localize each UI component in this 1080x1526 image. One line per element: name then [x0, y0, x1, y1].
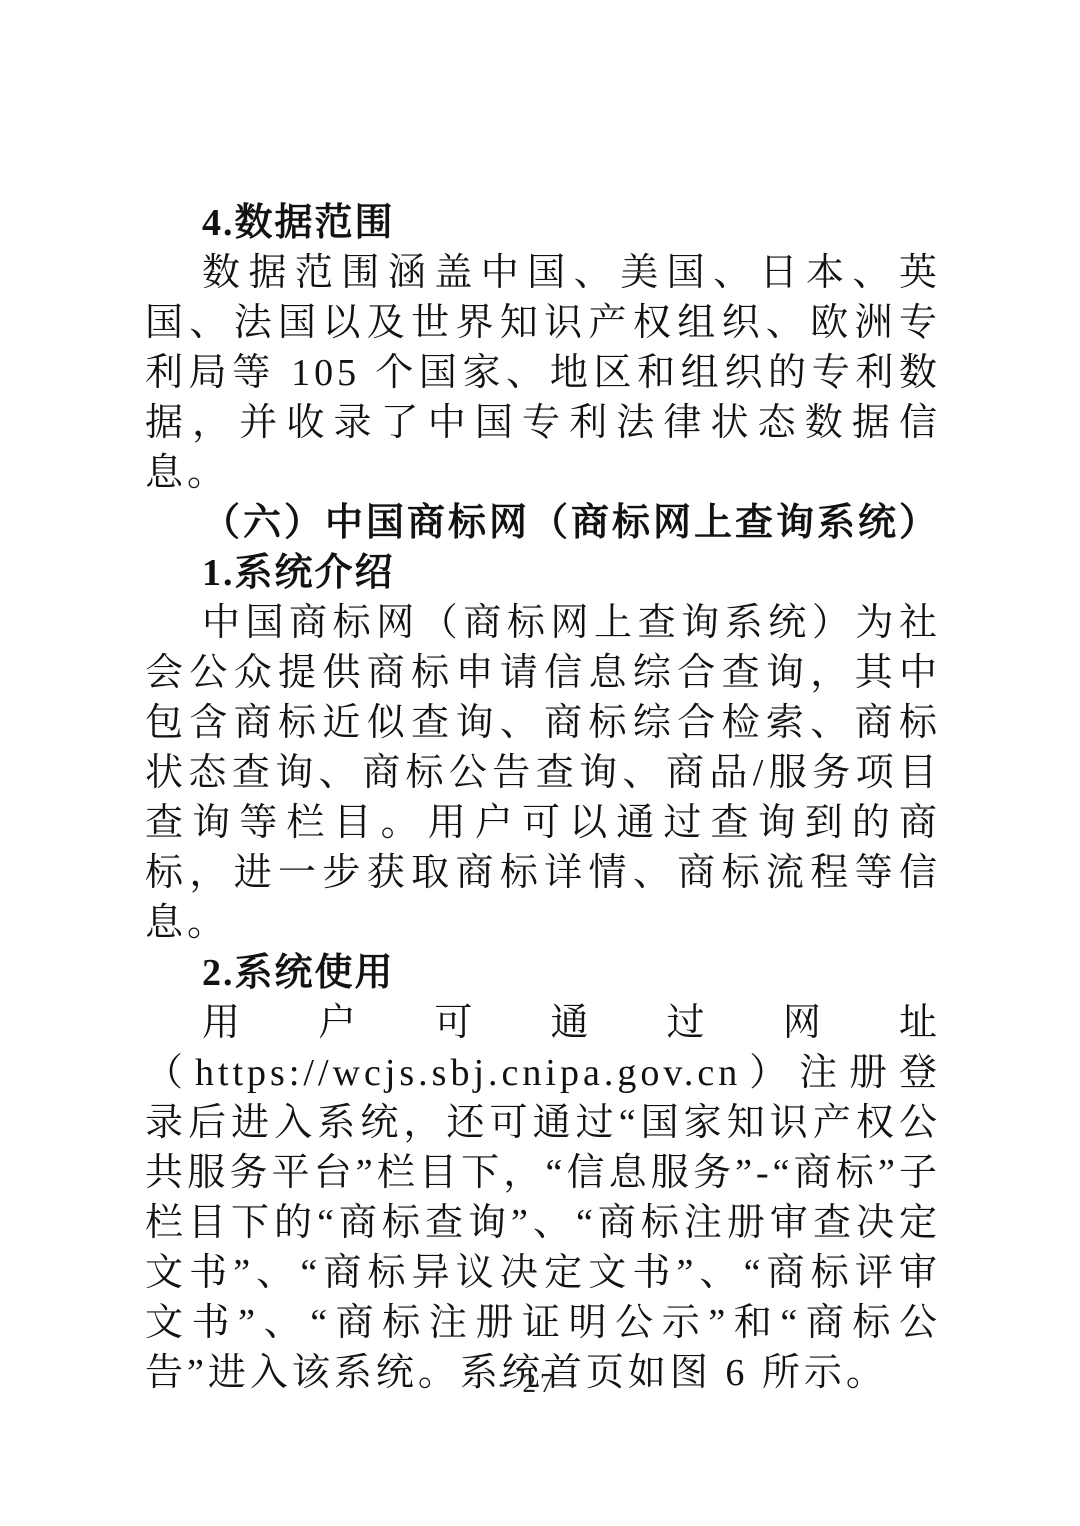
- heading-section-six-china-trademark-net: （六）中国商标网（商标网上查询系统）: [145, 498, 941, 548]
- paragraph-system-usage: 用户可通过网址（https://wcjs.sbj.cnipa.gov.cn）注册…: [145, 998, 941, 1398]
- document-body: 4.数据范围 数据范围涵盖中国、美国、日本、英国、法国以及世界知识产权组织、欧洲…: [145, 198, 941, 1398]
- paragraph-system-introduction: 中国商标网（商标网上查询系统）为社会公众提供商标申请信息综合查询，其中包含商标近…: [145, 598, 941, 948]
- heading-system-introduction: 1.系统介绍: [145, 548, 941, 598]
- heading-system-usage: 2.系统使用: [145, 948, 941, 998]
- page-number: - 27 -: [499, 1368, 581, 1398]
- heading-data-scope: 4.数据范围: [145, 198, 941, 248]
- document-page: 4.数据范围 数据范围涵盖中国、美国、日本、英国、法国以及世界知识产权组织、欧洲…: [0, 0, 1080, 1526]
- page-footer: - 27 -: [0, 1368, 1080, 1399]
- paragraph-data-scope: 数据范围涵盖中国、美国、日本、英国、法国以及世界知识产权组织、欧洲专利局等 10…: [145, 248, 941, 498]
